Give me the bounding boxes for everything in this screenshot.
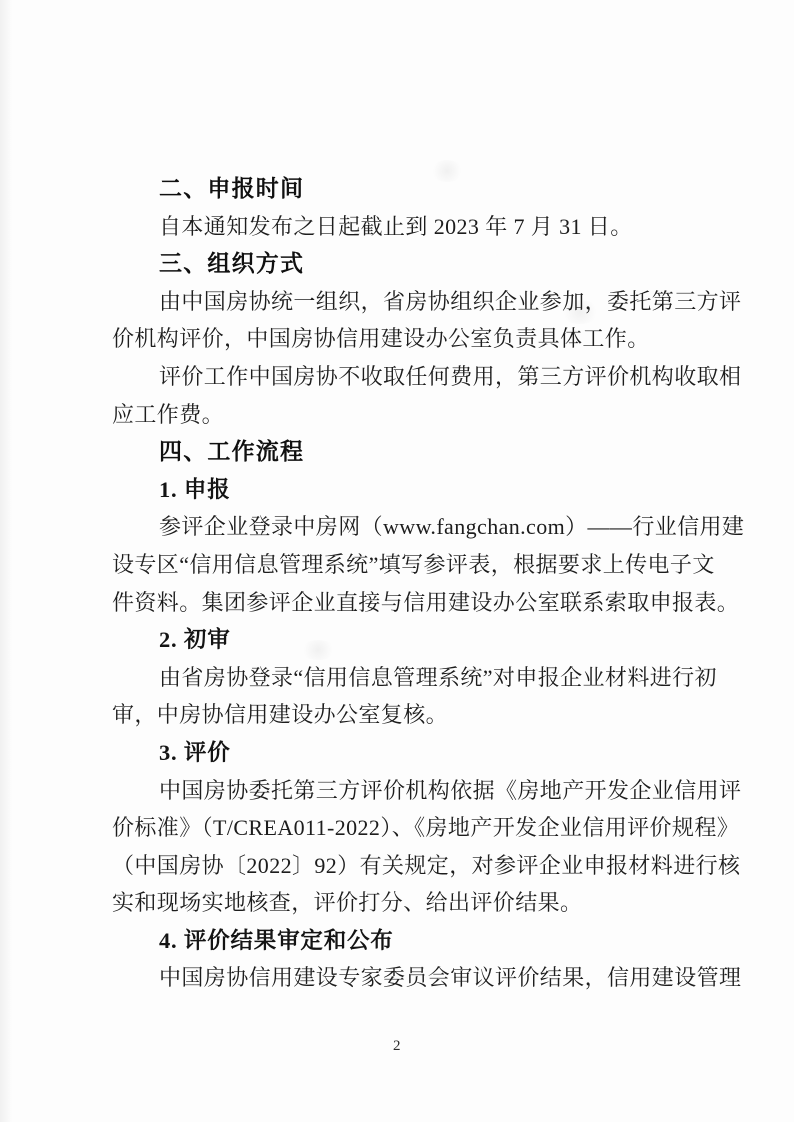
paragraph-line: 参评企业登录中房网（www.fangchan.com）——行业信用建	[112, 508, 698, 546]
paragraph-line: 评价工作中国房协不收取任何费用，第三方评价机构收取相	[112, 358, 698, 396]
paragraph-line: 价机构评价，中国房协信用建设办公室负责具体工作。	[112, 320, 698, 358]
step-heading-result-approval-publication: 4. 评价结果审定和公布	[112, 922, 698, 960]
paragraph-line: 设专区“信用信息管理系统”填写参评表，根据要求上传电子文	[112, 546, 698, 584]
paragraph-line: 审，中房协信用建设办公室复核。	[112, 696, 698, 734]
paragraph-line: 由中国房协统一组织，省房协组织企业参加，委托第三方评	[112, 283, 698, 321]
paragraph-line: 实和现场实地核查，评价打分、给出评价结果。	[112, 884, 698, 922]
paragraph-line: 中国房协委托第三方评价机构依据《房地产开发企业信用评	[112, 772, 698, 810]
step-heading-evaluation: 3. 评价	[112, 734, 698, 772]
paragraph-line: 价标准》（T/CREA011-2022）、《房地产开发企业信用评价规程》	[112, 809, 698, 847]
step-heading-preliminary-review: 2. 初审	[112, 621, 698, 659]
paragraph-line: 由省房协登录“信用信息管理系统”对申报企业材料进行初	[112, 659, 698, 697]
page-number: 2	[0, 1038, 794, 1055]
scanned-document-page: { "doc": { "lines": [ { "style": "sectio…	[0, 0, 794, 1122]
document-body: 二、申报时间 自本通知发布之日起截止到 2023 年 7 月 31 日。 三、组…	[112, 170, 698, 997]
paragraph-line: 应工作费。	[112, 396, 698, 434]
scan-edge-shadow	[0, 0, 12, 1122]
paragraph-line: 件资料。集团参评企业直接与信用建设办公室联系索取申报表。	[112, 584, 698, 622]
section-heading-work-process: 四、工作流程	[112, 433, 698, 471]
paragraph-line: 中国房协信用建设专家委员会审议评价结果，信用建设管理	[112, 959, 698, 997]
paragraph-line: 自本通知发布之日起截止到 2023 年 7 月 31 日。	[112, 208, 698, 246]
step-heading-declaration: 1. 申报	[112, 471, 698, 509]
paragraph-line: （中国房协〔2022〕92）有关规定，对参评企业申报材料进行核	[112, 847, 698, 885]
section-heading-application-time: 二、申报时间	[112, 170, 698, 208]
section-heading-organization-method: 三、组织方式	[112, 245, 698, 283]
